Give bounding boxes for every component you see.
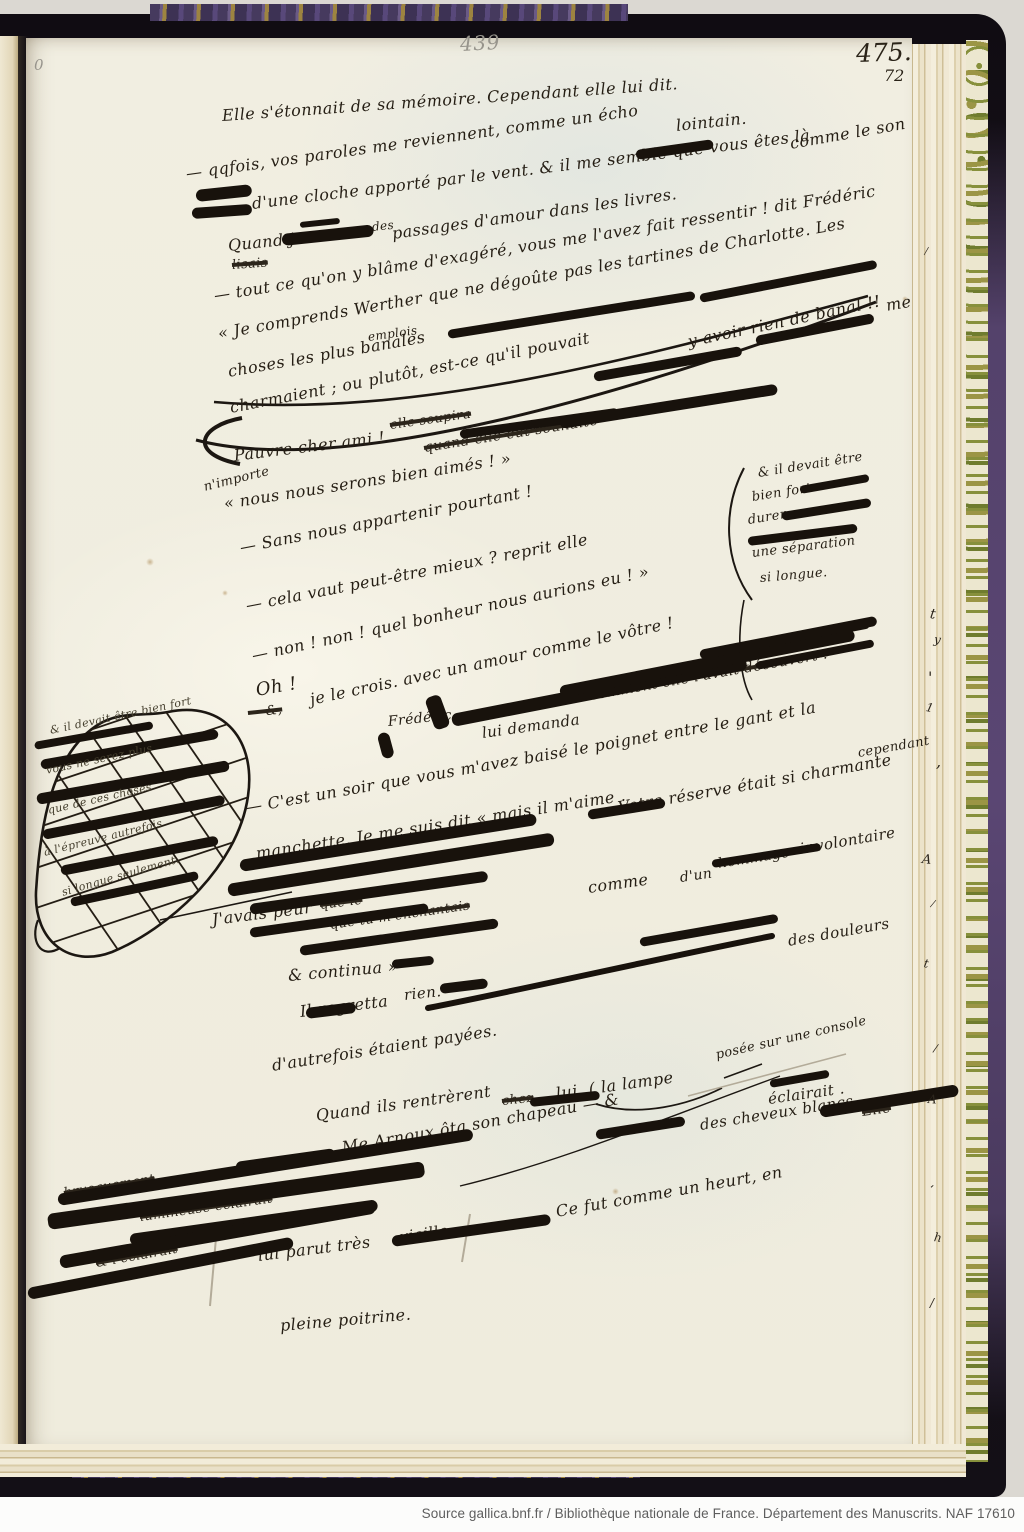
manuscript-line: — C'est un soir que vous m'avez baisé le…	[244, 698, 817, 817]
manuscript-line: que de ces choses	[47, 780, 153, 817]
manuscript-line: Oh !	[254, 673, 298, 701]
page-edge-ink-mark: y	[933, 632, 942, 647]
page-edge-ink-mark: t	[923, 956, 930, 971]
manuscript-line: pleine poitrine.	[279, 1305, 412, 1335]
ink-strike-bar	[281, 224, 374, 246]
manuscript-line: Ce fut comme un heurt, en	[554, 1162, 784, 1221]
manuscript-line: & continua »	[287, 956, 399, 985]
gallica-caption-bar: Source gallica.bnf.fr / Bibliothèque nat…	[0, 1497, 1024, 1532]
manuscript-line: — &,	[247, 702, 283, 721]
manuscript-line: lisais	[231, 256, 268, 273]
page-edge-ink-mark: ,	[936, 752, 941, 771]
pencil-page-number: 439	[459, 30, 500, 56]
page-edge-ink-mark: —	[919, 244, 934, 258]
page-edge-ink-mark: A	[921, 852, 932, 868]
pencil-corner-mark: 0	[34, 56, 44, 74]
manuscript-line: elle soupira	[389, 407, 472, 433]
source-attribution-text: Source gallica.bnf.fr / Bibliothèque nat…	[422, 1497, 1015, 1530]
ink-strike-bar	[799, 474, 869, 494]
manuscript-line: à l'épreuve autrefois	[42, 817, 163, 859]
ink-strike-bar	[593, 346, 742, 382]
ink-strike-bar	[559, 384, 778, 429]
page-edge-ink-mark: A	[928, 1092, 938, 1107]
manuscript-line: posée sur une console	[714, 1013, 868, 1062]
page-edge-ink-mark: -	[926, 1179, 938, 1192]
ink-strike-bar	[300, 218, 340, 228]
page-edge-ink-mark: /	[930, 1296, 934, 1310]
ink-strike-bar	[439, 978, 488, 994]
ink-strike-bar	[392, 956, 435, 969]
manuscript-line: rien.	[403, 982, 442, 1004]
manuscript-line: vous ne serez plus	[45, 742, 154, 777]
manuscript-line: & il devait être bien fort	[49, 694, 193, 737]
manuscript-line: d'un	[679, 866, 713, 886]
manuscript-text-layer: Elle s'étonnait de sa mémoire. Cependant…	[0, 0, 1024, 1532]
folio-number-ink: 475.	[856, 37, 913, 68]
ink-strike-bar	[781, 498, 871, 521]
gallica-manuscript-scan: Elle s'étonnait de sa mémoire. Cependant…	[0, 0, 1024, 1532]
page-edge-ink-mark: —	[927, 1040, 944, 1056]
page-edge-ink-mark: 1	[925, 700, 935, 715]
page-edge-ink-mark: t	[929, 606, 937, 623]
manuscript-line: & il devait être	[757, 450, 864, 481]
manuscript-line: me	[884, 292, 913, 315]
manuscript-line: des douleurs	[786, 914, 890, 950]
ink-strike-bar	[595, 1116, 685, 1140]
manuscript-line: lointain.	[675, 109, 748, 135]
manuscript-line: si longue.	[759, 565, 828, 586]
manuscript-line: d'autrefois étaient payées.	[271, 1020, 499, 1074]
page-edge-ink-mark: h	[933, 1230, 943, 1245]
page-edge-ink-mark: —	[926, 896, 941, 911]
manuscript-line: si longue seulement.	[60, 853, 181, 899]
folio-subnumber-ink: 72	[884, 66, 904, 85]
ink-strike-bar	[195, 184, 252, 202]
manuscript-line: Pauvre cher ami !	[233, 428, 386, 465]
manuscript-line: involontaire	[798, 823, 896, 858]
page-edge-ink-mark: '	[928, 668, 932, 687]
ink-strike-bar	[639, 914, 778, 947]
ink-strike-bar	[192, 204, 253, 219]
manuscript-line: d'une cloche apporté par le vent. & il m…	[251, 126, 811, 213]
manuscript-line: comme	[587, 870, 650, 897]
ink-strike-bar	[377, 731, 395, 759]
